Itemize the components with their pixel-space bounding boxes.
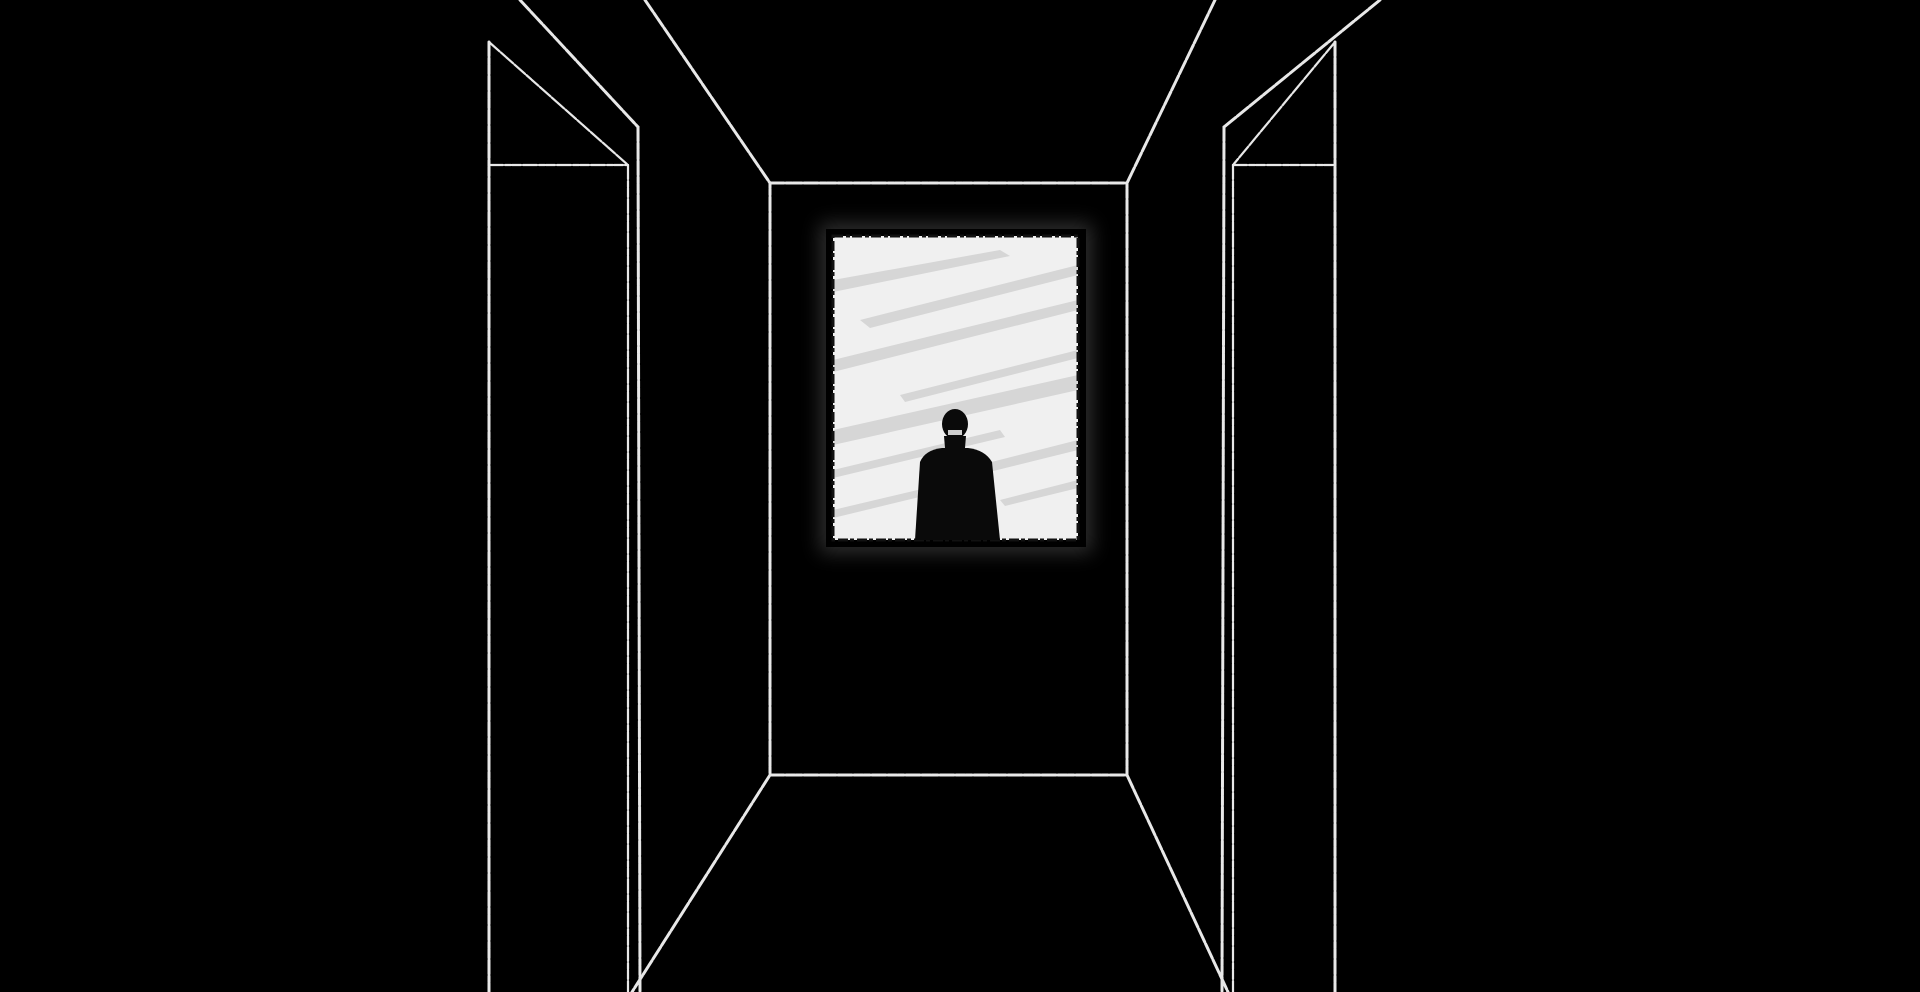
- ceiling-edges: [520, 0, 1380, 183]
- right-door[interactable]: [1222, 42, 1335, 992]
- game-scene: [0, 0, 1920, 992]
- floor-edges: [632, 775, 1228, 992]
- left-door[interactable]: [489, 42, 640, 992]
- window[interactable]: [833, 236, 1078, 540]
